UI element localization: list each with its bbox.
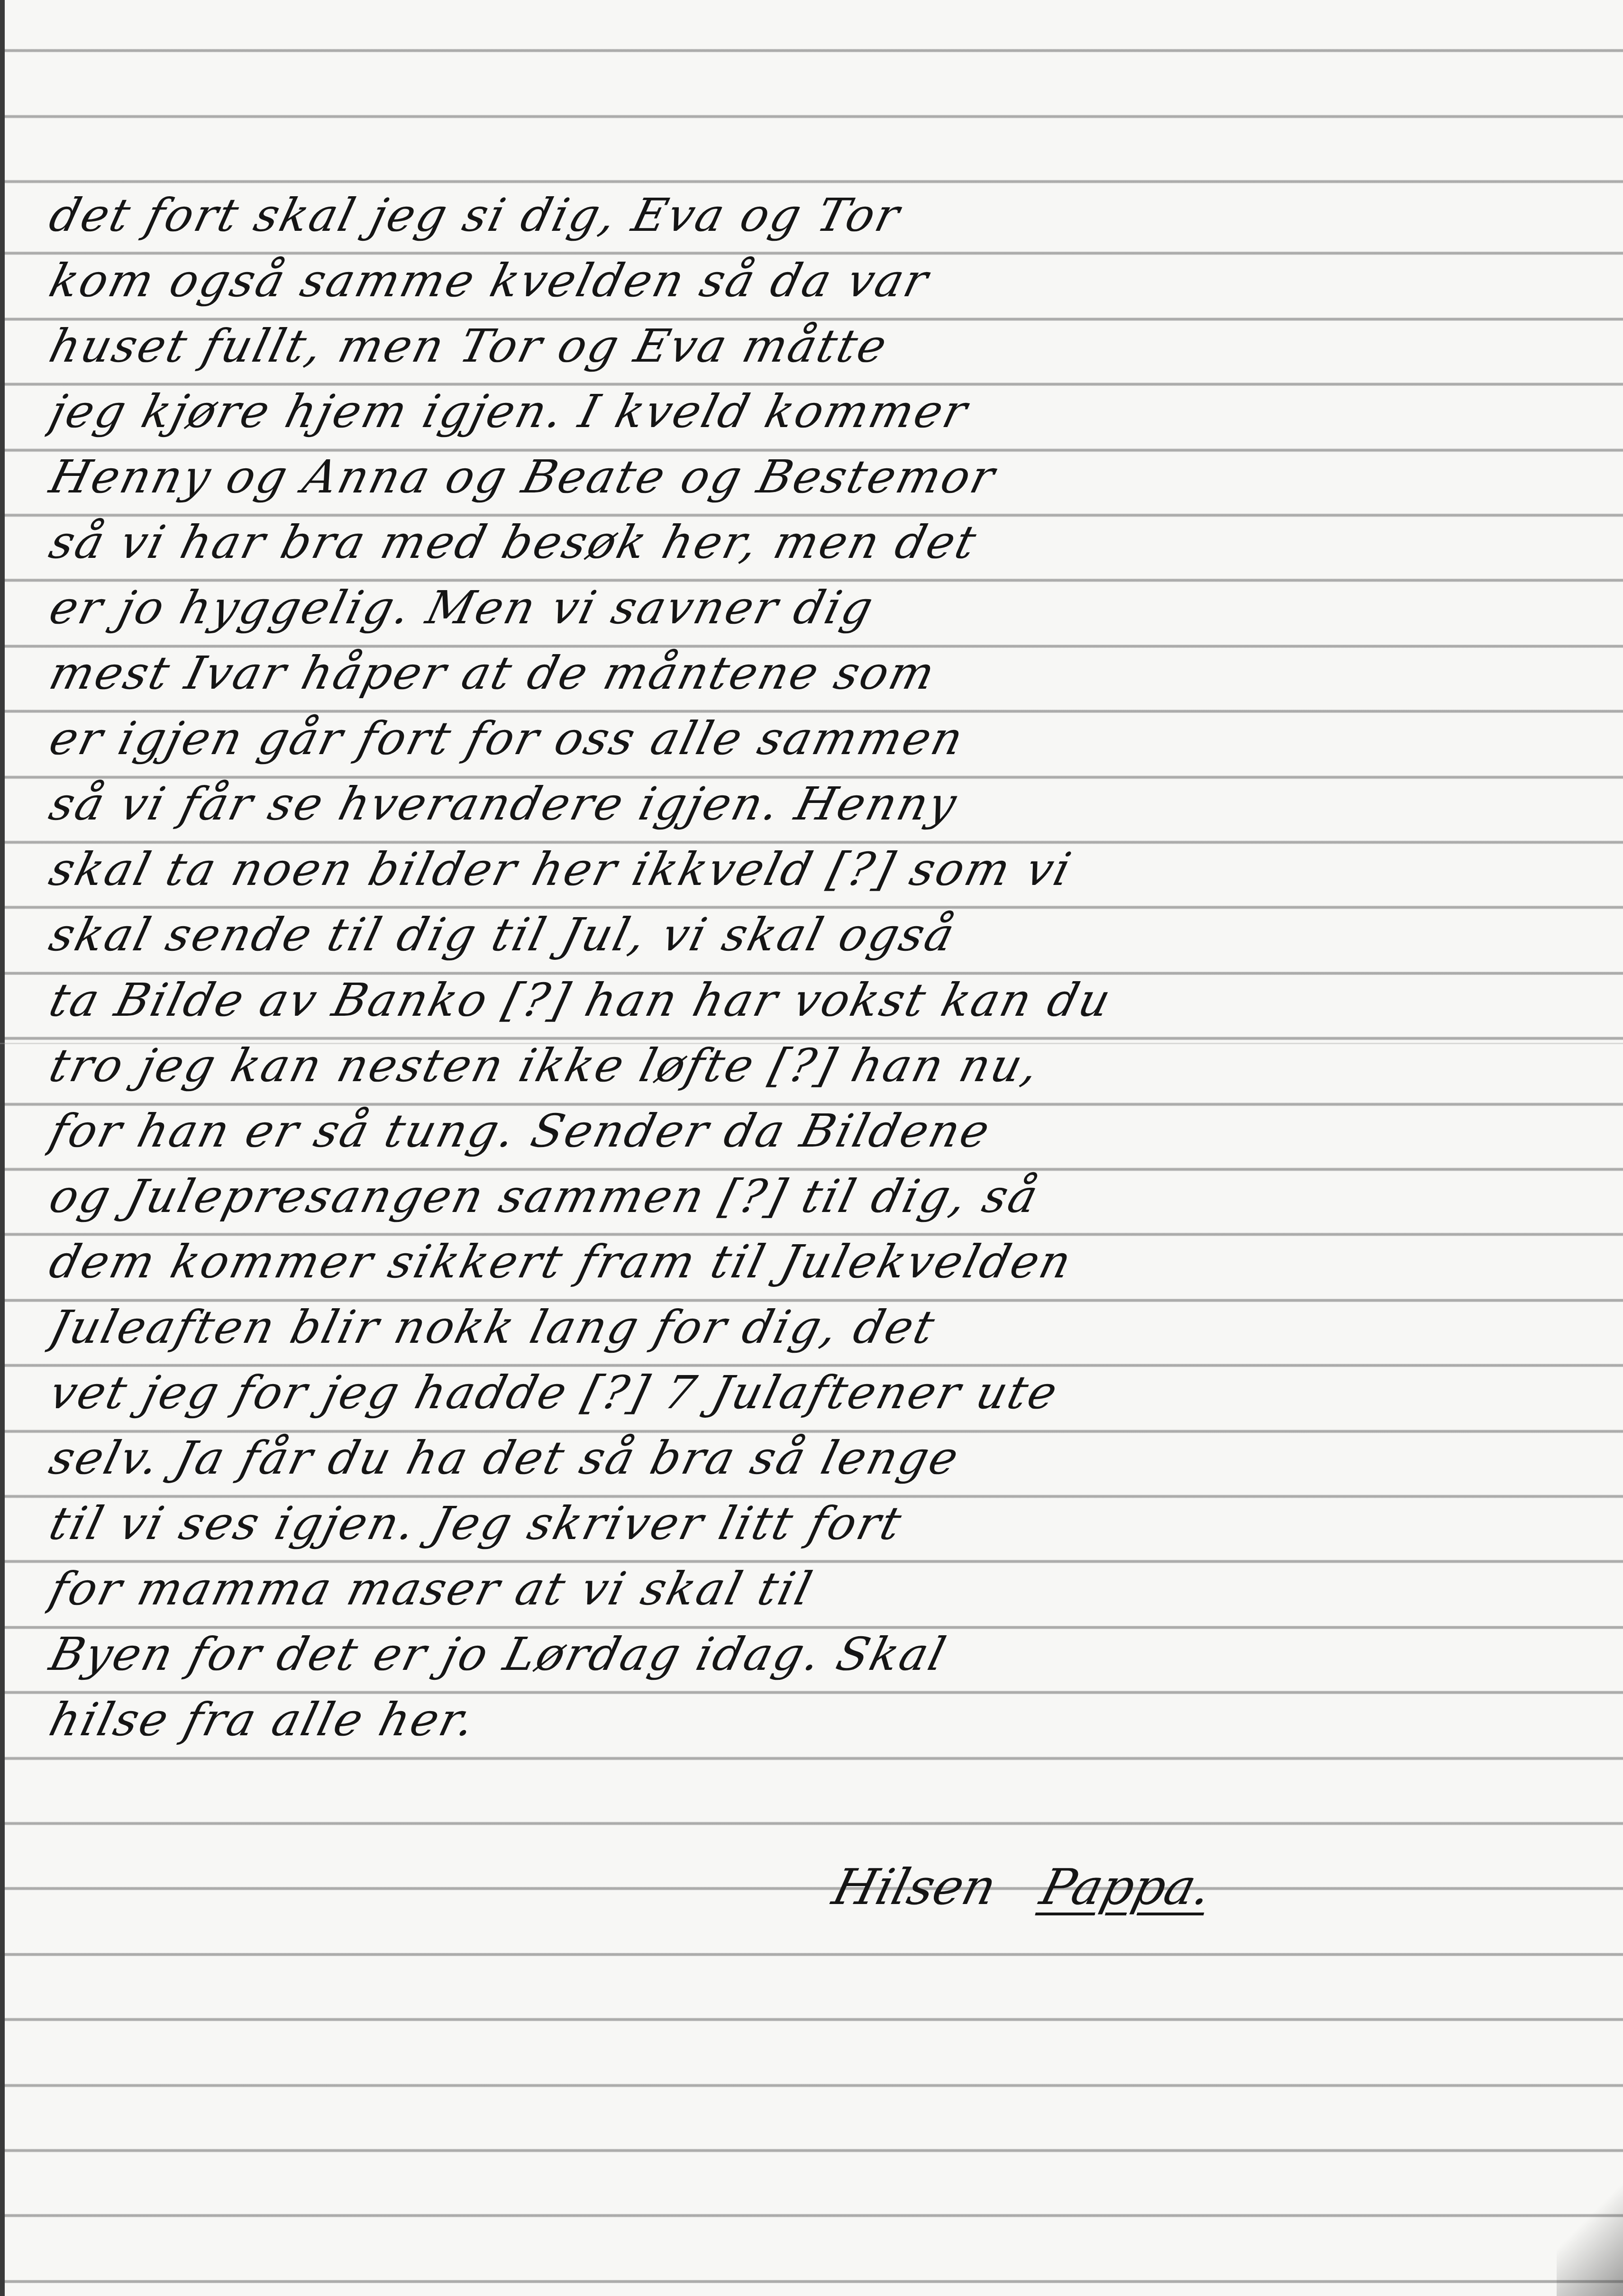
letter-line: kom også samme kvelden så da var — [43, 248, 1599, 313]
letter-line: Henny og Anna og Beate og Bestemor — [43, 444, 1599, 510]
letter-line: mest Ivar håper at de måntene som — [43, 640, 1599, 706]
letter-line: til vi ses igjen. Jeg skriver litt fort — [43, 1491, 1599, 1556]
letter-line: skal sende til dig til Jul, vi skal også — [43, 902, 1599, 967]
letter-line: huset fullt, men Tor og Eva måtte — [43, 313, 1599, 379]
letter-line: og Julepresangen sammen [?] til dig, så — [43, 1164, 1599, 1229]
letter-line: for mamma maser at vi skal til — [43, 1556, 1599, 1622]
letter-line: så vi får se hverandere igjen. Henny — [43, 771, 1599, 837]
signature: Hilsen Pappa. — [827, 1858, 1218, 1916]
page-edge-shadow — [0, 0, 5, 2296]
letter-line: er jo hyggelig. Men vi savner dig — [43, 575, 1599, 640]
signature-name: Pappa. — [1035, 1858, 1218, 1916]
letter-line: det fort skal jeg si dig, Eva og Tor — [43, 182, 1599, 248]
letter-body: det fort skal jeg si dig, Eva og Tor kom… — [43, 182, 1583, 1752]
letter-line: jeg kjøre hjem igjen. I kveld kommer — [43, 379, 1599, 444]
page-corner-curl — [1557, 2173, 1623, 2296]
letter-line: for han er så tung. Sender da Bildene — [43, 1098, 1599, 1164]
letter-line: tro jeg kan nesten ikke løfte [?] han nu… — [43, 1033, 1599, 1098]
letter-line: skal ta noen bilder her ikkveld [?] som … — [43, 837, 1599, 902]
letter-line: selv. Ja får du ha det så bra så lenge — [43, 1425, 1599, 1491]
letter-line: så vi har bra med besøk her, men det — [43, 510, 1599, 575]
letter-line: er igjen går fort for oss alle sammen — [43, 706, 1599, 771]
signature-greeting: Hilsen — [827, 1858, 1003, 1916]
letter-line: ta Bilde av Banko [?] han har vokst kan … — [43, 967, 1599, 1033]
letter-line: hilse fra alle her. — [43, 1687, 1599, 1752]
letter-line: Byen for det er jo Lørdag idag. Skal — [43, 1622, 1599, 1687]
letter-line: Juleaften blir nokk lang for dig, det — [43, 1294, 1599, 1360]
letter-line: vet jeg for jeg hadde [?] 7 Julaftener u… — [43, 1360, 1599, 1425]
letter-line: dem kommer sikkert fram til Julekvelden — [43, 1229, 1599, 1294]
